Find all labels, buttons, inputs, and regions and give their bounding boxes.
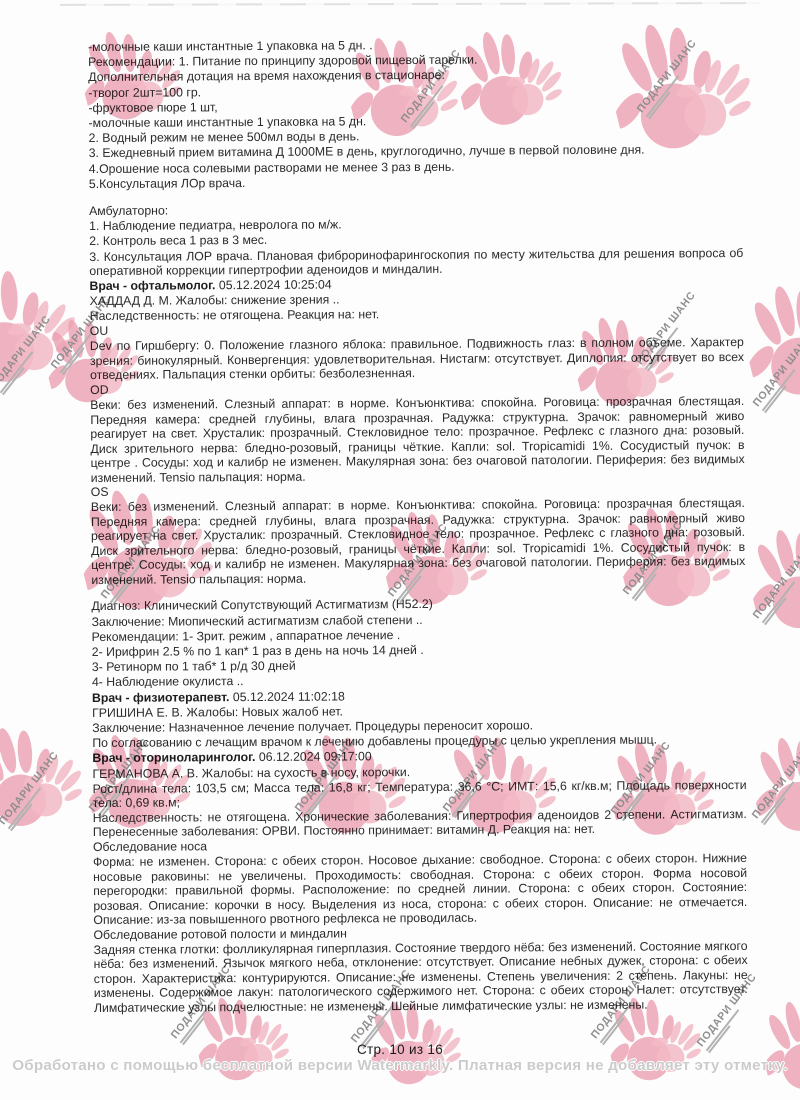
visit-timestamp: 05.12.2024 11:02:18	[229, 689, 344, 704]
hand-print-icon	[789, 546, 800, 636]
document-paragraph: 3. Консультация ЛОР врача. Плановая фибр…	[89, 246, 743, 279]
doctor-title: Врач - оториноларинголог.	[92, 750, 255, 765]
hand-print-icon	[742, 727, 800, 845]
document-paragraph: Веки: без изменений. Слезный аппарат: в …	[91, 496, 746, 587]
page-number: Стр. 10 из 16	[0, 1042, 800, 1057]
doctor-title: Врач - офтальмолог.	[89, 278, 215, 293]
document-paragraph: Форма: не изменен. Сторона: с обеих стор…	[93, 851, 747, 927]
document-paragraph: Наследственность: не отягощена. Хроничес…	[93, 807, 747, 840]
document-paragraph: Задняя стенка глотки: фолликулярная гипе…	[94, 939, 748, 1015]
visit-timestamp: 06.12.2024 09:17:00	[255, 750, 371, 765]
watermark-caption: ПОДАРИ ШАНС	[751, 331, 800, 413]
document-scan: -молочные каши инстантные 1 упаковка на …	[0, 0, 800, 1100]
watermark-caption-text: ПОДАРИ ШАНС	[0, 313, 53, 391]
hand-print-icon	[0, 287, 94, 391]
watermark-caption: ПОДАРИ ШАНС	[0, 749, 66, 831]
document-paragraph: Рост/длина тела: 103,5 см; Масса тела: 1…	[93, 778, 747, 811]
scan-edge-line	[60, 2, 760, 6]
watermark-caption-text: ПОДАРИ ШАНС	[0, 749, 61, 827]
watermark-caption: ПОДАРИ ШАНС	[750, 743, 800, 825]
watermark-caption-text: ПОДАРИ ШАНС	[751, 331, 800, 409]
hand-print-icon	[789, 304, 800, 403]
watermark-caption: ПОДАРИ ШАНС	[0, 313, 58, 395]
watermark-caption-text: ПОДАРИ ШАНС	[751, 543, 800, 621]
document-paragraph: Dev по Гиршбергу: 0. Положение глазного …	[90, 335, 744, 382]
document-text: -молочные каши инстантные 1 упаковка на …	[88, 36, 748, 1015]
hand-print-icon	[790, 753, 800, 838]
doctor-title: Врач - физиотерапевт.	[92, 690, 230, 705]
hand-print-icon	[11, 744, 98, 834]
watermark-caption-text: ПОДАРИ ШАНС	[750, 743, 800, 821]
watermarkly-notice: Обработано с помощью бесплатной версии W…	[0, 1057, 800, 1074]
hand-print-icon	[0, 717, 74, 842]
watermark-caption: ПОДАРИ ШАНС	[751, 543, 800, 625]
document-paragraph: Веки: без изменений. Слезный аппарат: в …	[90, 394, 745, 485]
hand-print-icon	[738, 519, 800, 644]
visit-timestamp: 05.12.2024 10:25:04	[215, 277, 331, 292]
hand-print-icon	[0, 255, 66, 400]
